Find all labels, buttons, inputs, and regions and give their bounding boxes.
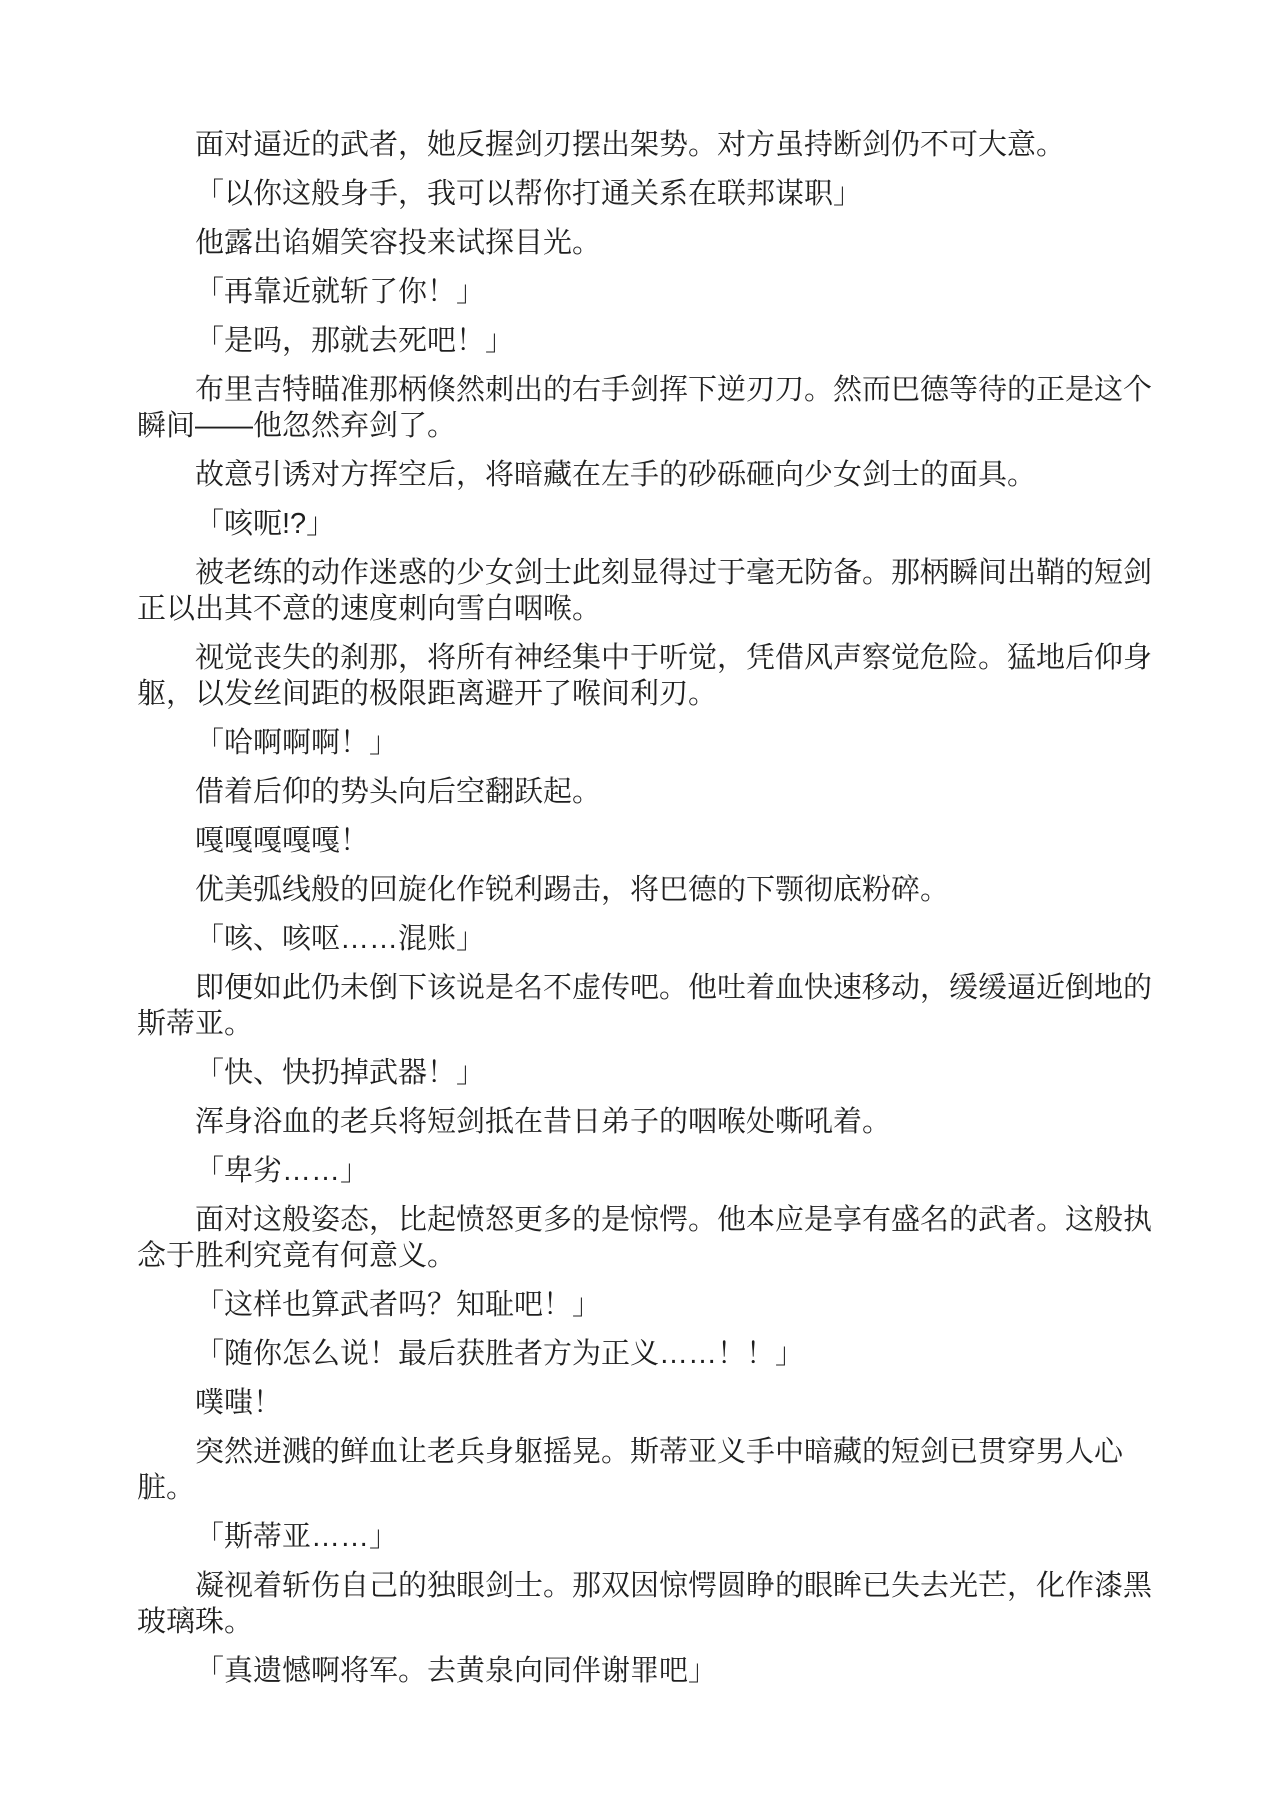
narration-paragraph: 借着后仰的势头向后空翻跃起。 (137, 774, 1153, 810)
narration-paragraph: 面对这般姿态，比起愤怒更多的是惊愕。他本应是享有盛名的武者。这般执念于胜利究竟有… (137, 1202, 1153, 1274)
narration-paragraph: 故意引诱对方挥空后，将暗藏在左手的砂砾砸向少女剑士的面具。 (137, 457, 1153, 493)
dialogue-paragraph: 「以你这般身手，我可以帮你打通关系在联邦谋职」 (137, 176, 1153, 212)
text-column: 面对逼近的武者，她反握剑刃摆出架势。对方虽持断剑仍不可大意。 「以你这般身手，我… (137, 127, 1153, 1689)
dialogue-paragraph: 「卑劣……」 (137, 1153, 1153, 1189)
narration-paragraph: 被老练的动作迷惑的少女剑士此刻显得过于毫无防备。那柄瞬间出鞘的短剑正以出其不意的… (137, 555, 1153, 627)
narration-paragraph: 即便如此仍未倒下该说是名不虚传吧。他吐着血快速移动，缓缓逼近倒地的斯蒂亚。 (137, 970, 1153, 1042)
dialogue-paragraph: 「是吗，那就去死吧！」 (137, 323, 1153, 359)
narration-paragraph: 突然迸溅的鲜血让老兵身躯摇晃。斯蒂亚义手中暗藏的短剑已贯穿男人心脏。 (137, 1434, 1153, 1506)
narration-paragraph: 优美弧线般的回旋化作锐利踢击，将巴德的下颚彻底粉碎。 (137, 872, 1153, 908)
dialogue-paragraph: 「再靠近就斩了你！」 (137, 274, 1153, 310)
sfx-paragraph: 嘎嘎嘎嘎嘎！ (137, 823, 1153, 859)
narration-paragraph: 面对逼近的武者，她反握剑刃摆出架势。对方虽持断剑仍不可大意。 (137, 127, 1153, 163)
dialogue-paragraph: 「斯蒂亚……」 (137, 1519, 1153, 1555)
narration-paragraph: 浑身浴血的老兵将短剑抵在昔日弟子的咽喉处嘶吼着。 (137, 1104, 1153, 1140)
dialogue-paragraph: 「快、快扔掉武器！」 (137, 1055, 1153, 1091)
narration-paragraph: 布里吉特瞄准那柄倏然刺出的右手剑挥下逆刃刀。然而巴德等待的正是这个瞬间——他忽然… (137, 372, 1153, 444)
dialogue-paragraph: 「这样也算武者吗？知耻吧！」 (137, 1287, 1153, 1323)
narration-paragraph: 凝视着斩伤自己的独眼剑士。那双因惊愕圆睁的眼眸已失去光芒，化作漆黑玻璃珠。 (137, 1568, 1153, 1640)
dialogue-paragraph: 「随你怎么说！最后获胜者方为正义……！！」 (137, 1336, 1153, 1372)
dialogue-paragraph: 「真遗憾啊将军。去黄泉向同伴谢罪吧」 (137, 1653, 1153, 1689)
narration-paragraph: 他露出谄媚笑容投来试探目光。 (137, 225, 1153, 261)
dialogue-paragraph: 「咳、咳呕……混账」 (137, 921, 1153, 957)
dialogue-paragraph: 「咳呃!?」 (137, 506, 1153, 542)
narration-paragraph: 视觉丧失的刹那，将所有神经集中于听觉，凭借风声察觉危险。猛地后仰身躯，以发丝间距… (137, 640, 1153, 712)
novel-page: 面对逼近的武者，她反握剑刃摆出架势。对方虽持断剑仍不可大意。 「以你这般身手，我… (0, 0, 1280, 1808)
sfx-paragraph: 噗嗤！ (137, 1385, 1153, 1421)
dialogue-paragraph: 「哈啊啊啊！」 (137, 725, 1153, 761)
